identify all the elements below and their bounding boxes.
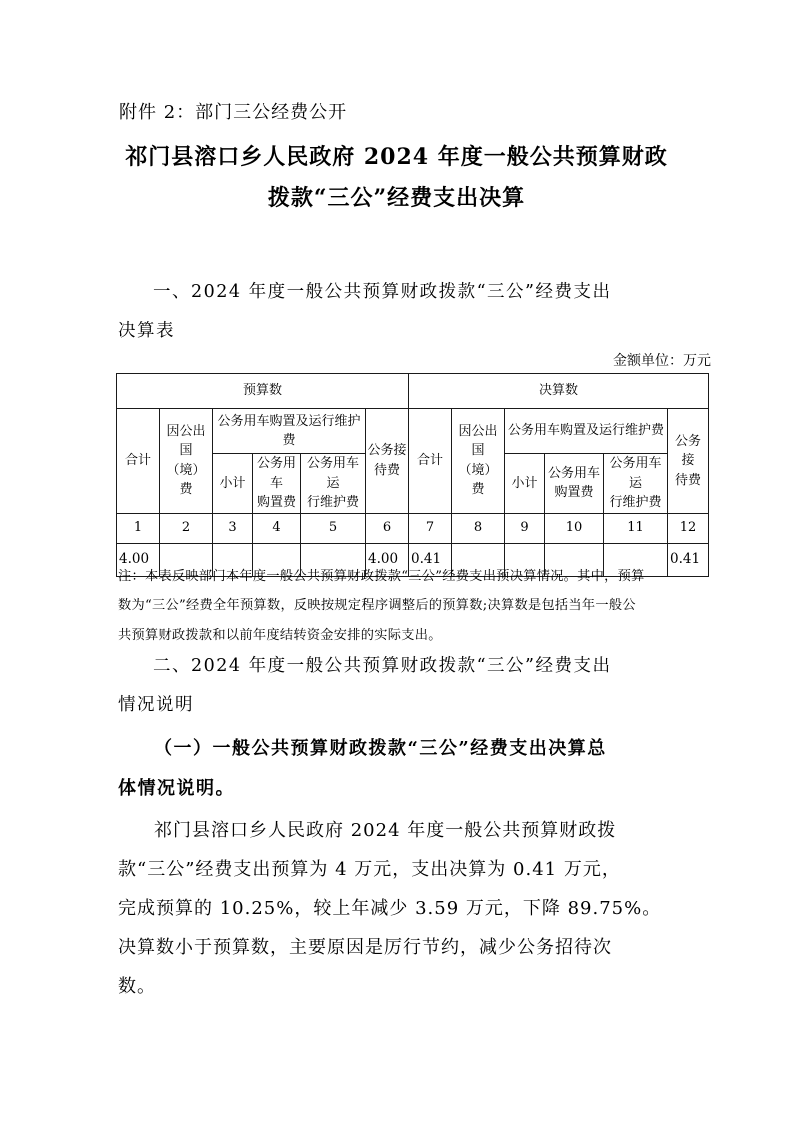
table-header-row-1: 合计 因公出国 （境）费 公务用车购置及运行维护费 公务接 待费 合计 因公出国…	[117, 409, 709, 454]
section-2-heading-line-1: 二、2024 年度一般公共预算财政拨款“三公”经费支出	[118, 647, 700, 686]
table-note-line-3: 共预算财政拨款和以前年度结转资金安排的实际支出。	[118, 621, 702, 650]
final-subtotal-header: 小计	[505, 454, 545, 514]
column-number-row: 1 2 3 4 5 6 7 8 9 10 11 12	[117, 513, 709, 543]
budget-vehicle-group-header: 公务用车购置及运行维护费	[213, 409, 366, 454]
body-paragraph-line-5: 数。	[118, 967, 700, 1006]
budget-reception-header: 公务接 待费	[366, 409, 409, 514]
section-1-heading-line-1: 一、2024 年度一般公共预算财政拨款“三公”经费支出	[118, 273, 700, 312]
subsection-1-heading-line-2: 体情况说明。	[118, 769, 700, 809]
section-2-heading-line-2: 情况说明	[118, 686, 700, 725]
subsection-1-heading: （一）一般公共预算财政拨款“三公”经费支出决算总 体情况说明。	[118, 729, 700, 809]
section-2-heading: 二、2024 年度一般公共预算财政拨款“三公”经费支出 情况说明	[118, 647, 700, 724]
table-note-line-2: 数为“三公”经费全年预算数，反映按规定程序调整后的预算数;决算数是包括当年一般公	[118, 591, 702, 620]
col-number: 9	[505, 513, 545, 543]
body-paragraph-line-2: 款“三公”经费支出预算为 4 万元，支出决算为 0.41 万元，	[118, 850, 700, 889]
budget-group-header: 预算数	[117, 374, 409, 409]
col-number: 10	[545, 513, 604, 543]
body-paragraph-line-3: 完成预算的 10.25%，较上年减少 3.59 万元，下降 89.75%。	[118, 889, 700, 928]
body-paragraph-line-1: 祁门县溶口乡人民政府 2024 年度一般公共预算财政拨	[118, 811, 700, 850]
col-number: 11	[604, 513, 668, 543]
document-title: 祁门县溶口乡人民政府 2024 年度一般公共预算财政 拨款“三公”经费支出决算	[0, 137, 793, 219]
subsection-1-heading-line-1: （一）一般公共预算财政拨款“三公”经费支出决算总	[118, 729, 700, 769]
amount-unit-label: 金额单位：万元	[613, 351, 711, 371]
final-abroad-header: 因公出国 （境）费	[452, 409, 505, 514]
final-vehicle-group-header: 公务用车购置及运行维护费	[505, 409, 668, 454]
document-title-line-1: 祁门县溶口乡人民政府 2024 年度一般公共预算财政	[0, 137, 793, 178]
body-paragraph: 祁门县溶口乡人民政府 2024 年度一般公共预算财政拨 款“三公”经费支出预算为…	[118, 811, 700, 1006]
final-vehicle-maintenance-header: 公务用车运 行维护费	[604, 454, 668, 514]
section-1-heading-line-2: 决算表	[118, 312, 700, 351]
final-reception-header: 公务接 待费	[668, 409, 709, 514]
section-1-heading: 一、2024 年度一般公共预算财政拨款“三公”经费支出 决算表	[118, 273, 700, 350]
col-number: 6	[366, 513, 409, 543]
col-number: 7	[409, 513, 452, 543]
document-page: 附件 2：部门三公经费公开 祁门县溶口乡人民政府 2024 年度一般公共预算财政…	[0, 0, 793, 1122]
col-number: 3	[213, 513, 253, 543]
budget-vehicle-purchase-header: 公务用车 购置费	[253, 454, 301, 514]
col-number: 2	[160, 513, 213, 543]
document-title-line-2: 拨款“三公”经费支出决算	[0, 178, 793, 219]
table-note-line-1: 注：本表反映部门本年度一般公共预算财政拨款“三公”经费支出预决算情况。其中，预算	[118, 562, 702, 591]
table-group-header-row: 预算数 决算数	[117, 374, 709, 409]
final-total-header: 合计	[409, 409, 452, 514]
col-number: 8	[452, 513, 505, 543]
col-number: 4	[253, 513, 301, 543]
budget-total-header: 合计	[117, 409, 160, 514]
budget-abroad-header: 因公出国 （境）费	[160, 409, 213, 514]
col-number: 1	[117, 513, 160, 543]
col-number: 12	[668, 513, 709, 543]
final-group-header: 决算数	[409, 374, 709, 409]
attachment-label: 附件 2：部门三公经费公开	[119, 100, 347, 126]
budget-vehicle-maintenance-header: 公务用车运 行维护费	[301, 454, 366, 514]
body-paragraph-line-4: 决算数小于预算数，主要原因是厉行节约，减少公务招待次	[118, 928, 700, 967]
three-public-expense-table: 预算数 决算数 合计 因公出国 （境）费 公务用车购置及运行维护费 公务接 待费…	[116, 373, 709, 577]
budget-subtotal-header: 小计	[213, 454, 253, 514]
col-number: 5	[301, 513, 366, 543]
table-note: 注：本表反映部门本年度一般公共预算财政拨款“三公”经费支出预决算情况。其中，预算…	[118, 562, 702, 650]
final-vehicle-purchase-header: 公务用车 购置费	[545, 454, 604, 514]
